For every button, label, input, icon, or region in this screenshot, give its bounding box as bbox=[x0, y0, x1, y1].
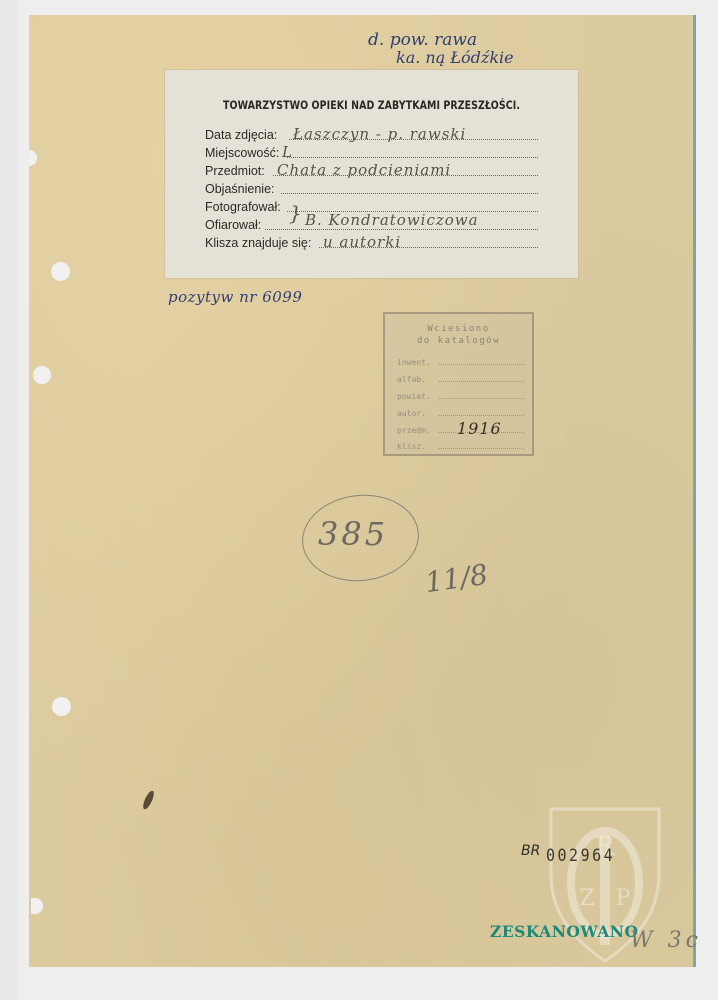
stamp-row-value: 1916 bbox=[457, 419, 502, 438]
dotted-line bbox=[439, 415, 524, 416]
stamp-heading-1: Wciesiono bbox=[385, 324, 532, 334]
catalog-stamp: Wciesiono do katalogów inwent. alfab. po… bbox=[383, 312, 534, 456]
punch-hole bbox=[33, 366, 51, 384]
catalog-card: TOWARZYSTWO OPIEKI NAD ZABYTKAMI PRZESZŁ… bbox=[165, 70, 578, 278]
field-data-zdjecia: Data zdjęcia: Łaszczyn - p. rawski bbox=[205, 125, 538, 143]
field-label: Miejscowość: bbox=[205, 146, 279, 160]
circled-number: 385 bbox=[318, 515, 388, 553]
stamp-row-label: przedm. bbox=[397, 426, 431, 435]
punch-hole bbox=[51, 262, 70, 281]
field-label: Przedmiot: bbox=[205, 164, 265, 178]
punch-hole bbox=[52, 697, 71, 716]
registry-prefix: BR bbox=[521, 843, 540, 859]
stamp-row: powiat. bbox=[397, 388, 524, 402]
field-label: Klisza znajduje się: bbox=[205, 236, 311, 250]
stamp-row-label: inwent. bbox=[397, 358, 431, 367]
dotted-line bbox=[287, 157, 538, 158]
field-value: Chata z podcieniami bbox=[277, 161, 451, 179]
card-title: TOWARZYSTWO OPIEKI NAD ZABYTKAMI PRZESZŁ… bbox=[202, 98, 541, 112]
dotted-line bbox=[265, 229, 538, 230]
dotted-line bbox=[439, 381, 524, 382]
positive-number-note: pozytyw nr 6099 bbox=[168, 288, 302, 306]
field-value: Łaszczyn - p. rawski bbox=[293, 125, 466, 143]
stamp-heading-2: do katalogów bbox=[385, 336, 532, 346]
stamp-row-label: autor. bbox=[397, 409, 426, 418]
field-label: Fotografował: bbox=[205, 200, 281, 214]
stamp-row-label: powiat. bbox=[397, 392, 431, 401]
dotted-line bbox=[439, 448, 524, 449]
field-value: u autorki bbox=[323, 233, 401, 251]
stamp-row-label: klisz. bbox=[397, 442, 426, 451]
svg-text:Z: Z bbox=[579, 886, 594, 911]
field-klisza: Klisza znajduje się: u autorki bbox=[205, 233, 538, 251]
dotted-line bbox=[281, 193, 538, 194]
field-ofiarowal: Ofiarował: B. Kondratowiczowa bbox=[205, 215, 538, 233]
stamp-row-label: alfab. bbox=[397, 375, 426, 384]
field-label: Objaśnienie: bbox=[205, 182, 275, 196]
dotted-line bbox=[439, 398, 524, 399]
field-label: Ofiarował: bbox=[205, 218, 261, 232]
field-objasnienie: Objaśnienie: bbox=[205, 179, 538, 197]
field-value: L bbox=[282, 143, 293, 161]
stamp-row: przedm. 1916 bbox=[397, 422, 524, 436]
field-miejscowosc: Miejscowość: L bbox=[205, 143, 538, 161]
scanned-stamp: ZESKANOWANO bbox=[490, 922, 638, 941]
stamp-row: inwent. bbox=[397, 354, 524, 368]
scanner-margin bbox=[0, 0, 18, 1000]
corner-pencil-note: W 3c bbox=[630, 928, 702, 953]
stamp-row: alfab. bbox=[397, 371, 524, 385]
dotted-line bbox=[439, 364, 524, 365]
field-value: B. Kondratowiczowa bbox=[305, 211, 479, 229]
registry-number: 002964 bbox=[546, 845, 615, 866]
stamp-row: klisz. bbox=[397, 438, 524, 452]
field-label: Data zdjęcia: bbox=[205, 128, 277, 142]
field-przedmiot: Przedmiot: Chata z podcieniami bbox=[205, 161, 538, 179]
stamp-row: autor. bbox=[397, 405, 524, 419]
top-annotation-line2: ka. ną Łódźkie bbox=[396, 48, 514, 67]
top-annotation-line1: d. pow. rawa bbox=[368, 30, 477, 50]
svg-text:P: P bbox=[616, 886, 631, 911]
